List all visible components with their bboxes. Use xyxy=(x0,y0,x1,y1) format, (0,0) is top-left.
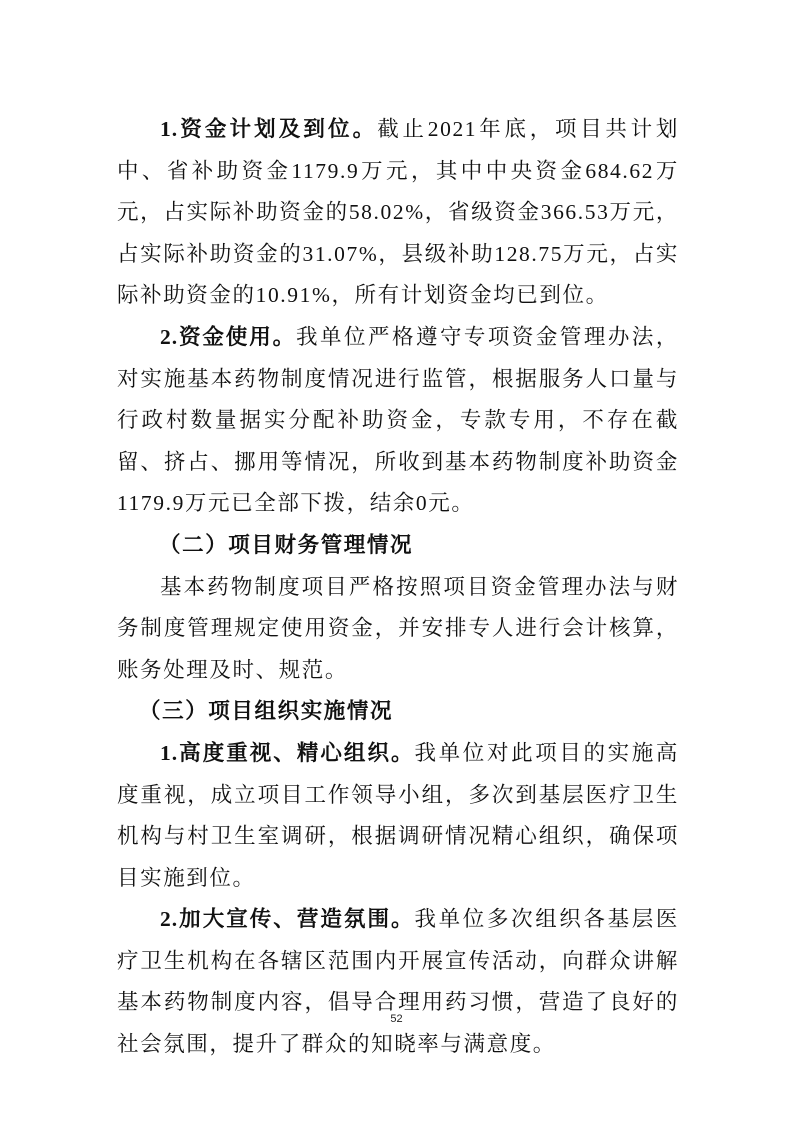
paragraph-organization: 1.高度重视、精心组织。我单位对此项目的实施高度重视，成立项目工作领导小组，多次… xyxy=(117,733,679,899)
paragraph-finance-management: 基本药物制度项目严格按照项目资金管理办法与财务制度管理规定使用资金，并安排专人进… xyxy=(117,567,679,692)
paragraph-lead: 2.加大宣传、营造氛围。 xyxy=(160,907,415,931)
section-heading-finance: （二）项目财务管理情况 xyxy=(117,525,679,567)
document-page: 1.资金计划及到位。截止2021年底，项目共计划中、省补助资金1179.9万元，… xyxy=(117,109,679,1066)
paragraph-publicity: 2.加大宣传、营造氛围。我单位多次组织各基层医疗卫生机构在各辖区范围内开展宣传活… xyxy=(117,899,679,1065)
page-number: 52 xyxy=(0,1013,793,1025)
paragraph-text: 我单位严格遵守专项资金管理办法，对实施基本药物制度情况进行监管，根据服务人口量与… xyxy=(117,325,679,515)
paragraph-text: 截止2021年底，项目共计划中、省补助资金1179.9万元，其中中央资金684.… xyxy=(117,117,679,307)
paragraph-fund-plan: 1.资金计划及到位。截止2021年底，项目共计划中、省补助资金1179.9万元，… xyxy=(117,109,679,317)
paragraph-fund-usage: 2.资金使用。我单位严格遵守专项资金管理办法，对实施基本药物制度情况进行监管，根… xyxy=(117,317,679,525)
paragraph-lead: 1.高度重视、精心组织。 xyxy=(160,741,415,765)
paragraph-text: 基本药物制度项目严格按照项目资金管理办法与财务制度管理规定使用资金，并安排专人进… xyxy=(117,575,679,682)
paragraph-lead: 2.资金使用。 xyxy=(160,325,296,349)
paragraph-lead: 1.资金计划及到位。 xyxy=(160,117,377,141)
section-heading-implementation: （三）项目组织实施情况 xyxy=(117,691,679,733)
